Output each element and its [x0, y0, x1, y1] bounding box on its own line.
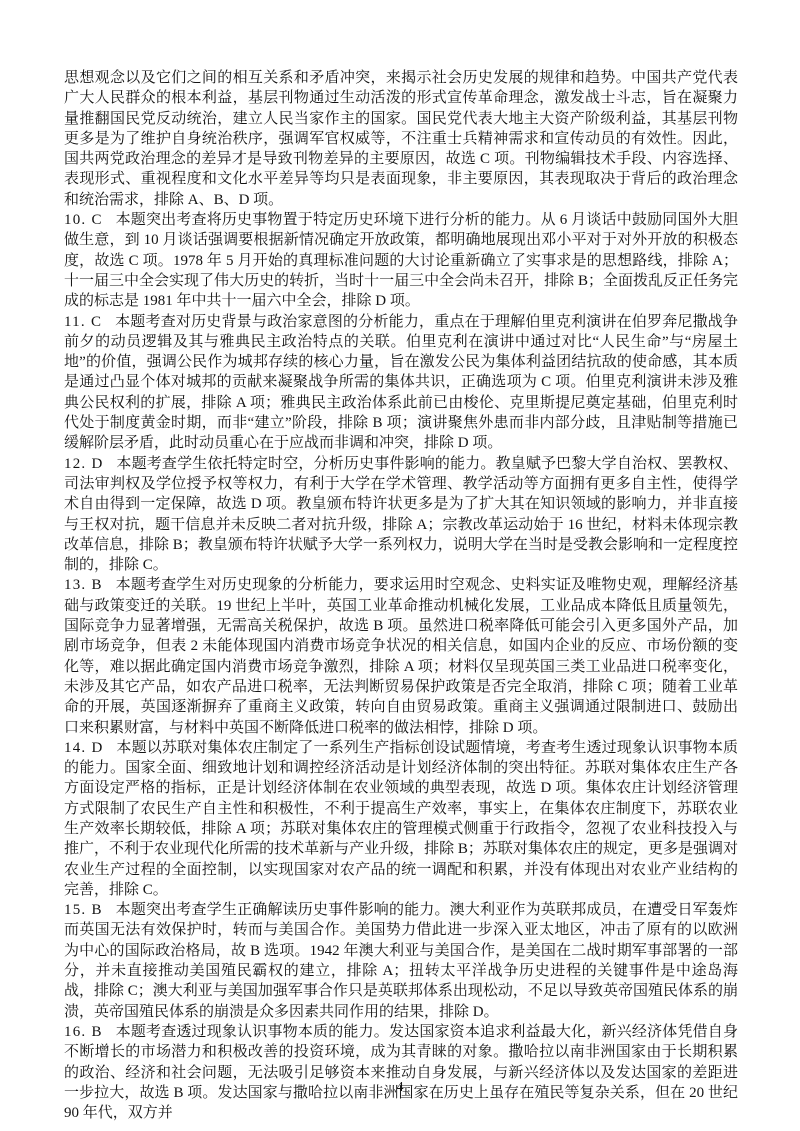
explanation-text: 本题突出考查学生正确解读历史事件影响的能力。澳大利亚作为英联邦成员，在遭受日军轰… [64, 902, 738, 1019]
explanation-text: 本题考查透过现象认识事物本质的能力。发达国家资本追求利益最大化，新兴经济体凭借自… [64, 1024, 738, 1121]
explanation-text: 本题考查学生依托特定时空，分析历史事件影响的能力。教皇赋予巴黎大学自治权、罢教权… [64, 456, 738, 573]
question-answer-label: 11. C [64, 314, 102, 330]
continuation-paragraph: 思想观念以及它们之间的相互关系和矛盾冲突，来揭示社会历史发展的规律和趋势。中国共… [64, 68, 738, 210]
answer-item-10: 10. C本题突出考查将历史事物置于特定历史环境下进行分析的能力。从 6 月谈话… [64, 210, 738, 311]
answer-item-13: 13. B本题考查学生对历史现象的分析能力，要求运用时空观念、史料实证及唯物史观… [64, 575, 738, 737]
explanation-text: 本题考查学生对历史现象的分析能力，要求运用时空观念、史料实证及唯物史观，理解经济… [64, 577, 738, 735]
question-answer-label: 13. B [64, 577, 103, 593]
answer-item-15: 15. B本题突出考查学生正确解读历史事件影响的能力。澳大利亚作为英联邦成员，在… [64, 900, 738, 1022]
answer-item-16: 16. B本题考查透过现象认识事物本质的能力。发达国家资本追求利益最大化，新兴经… [64, 1022, 738, 1123]
page-number: 4 [397, 1080, 404, 1095]
question-answer-label: 14. D [64, 740, 104, 756]
answer-explanations: 思想观念以及它们之间的相互关系和矛盾冲突，来揭示社会历史发展的规律和趋势。中国共… [64, 68, 738, 1123]
explanation-text: 本题突出考查将历史事物置于特定历史环境下进行分析的能力。从 6 月谈话中鼓励同国… [64, 212, 738, 309]
explanation-text: 本题考查对历史背景与政治家意图的分析能力，重点在于理解伯里克利演讲在伯罗奔尼撒战… [64, 314, 738, 452]
answer-item-14: 14. D本题以苏联对集体农庄制定了一系列生产指标创设试题情境，考查考生透过现象… [64, 738, 738, 900]
answer-item-12: 12. D本题考查学生依托特定时空，分析历史事件影响的能力。教皇赋予巴黎大学自治… [64, 454, 738, 576]
question-answer-label: 10. C [64, 212, 103, 228]
question-answer-label: 15. B [64, 902, 103, 918]
question-answer-label: 16. B [64, 1024, 103, 1040]
question-answer-label: 12. D [64, 456, 104, 472]
page-footer: 4 [0, 1080, 800, 1096]
answer-item-11: 11. C本题考查对历史背景与政治家意图的分析能力，重点在于理解伯里克利演讲在伯… [64, 312, 738, 454]
explanation-text: 本题以苏联对集体农庄制定了一系列生产指标创设试题情境，考查考生透过现象认识事物本… [64, 740, 738, 898]
exam-answer-page: 思想观念以及它们之间的相互关系和矛盾冲突，来揭示社会历史发展的规律和趋势。中国共… [64, 68, 738, 1123]
